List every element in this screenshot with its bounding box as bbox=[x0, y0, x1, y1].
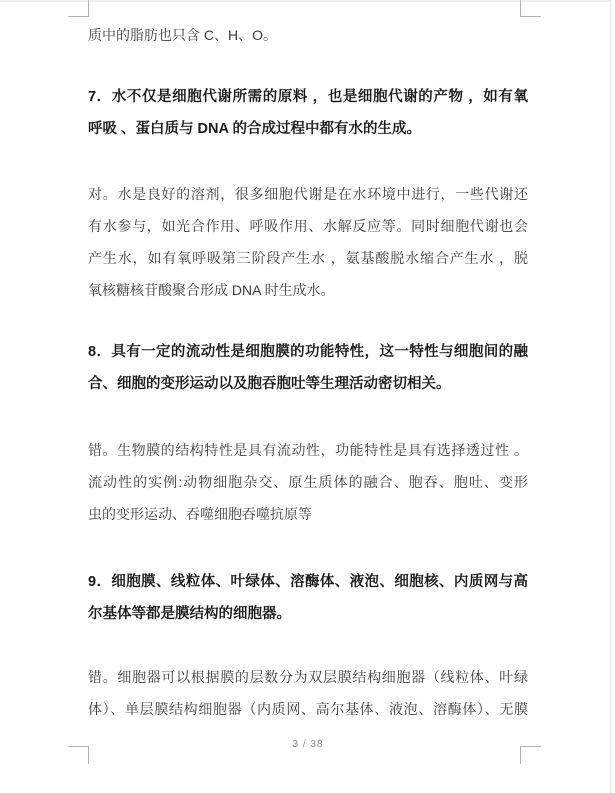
text-line: 产生水，如有氧呼吸第三阶段产生水 ，氨基酸脱水缩合产生水 ，脱 bbox=[88, 242, 528, 274]
text-line: 呼吸 、蛋白质与 DNA 的合成过程中都有水的生成。 bbox=[88, 113, 528, 145]
text-line: 质中的脂肪也只含 C、H、O。 bbox=[88, 19, 528, 51]
text-line: 9．细胞膜、线粒体、叶绿体、溶酶体、液泡、细胞核、内质网与高 bbox=[88, 566, 528, 598]
text-line: 8．具有一定的流动性是细胞膜的功能特性，这一特性与细胞间的融 bbox=[88, 336, 528, 368]
text-line: 对。水是良好的溶剂，很多细胞代谢是在水环境中进行，一些代谢还 bbox=[88, 178, 528, 210]
text-line: 虫的变形运动、吞噬细胞吞噬抗原等 bbox=[88, 498, 528, 530]
page-gap-strip bbox=[0, 0, 610, 2]
answer-8-paragraph: 错。生物膜的结构特性是具有流动性，功能特性是具有选择透过性 。 流动性的实例:动… bbox=[88, 434, 528, 530]
question-8-heading: 8．具有一定的流动性是细胞膜的功能特性，这一特性与细胞间的融 合、细胞的变形运动… bbox=[88, 336, 528, 400]
text-line: 合、细胞的变形运动以及胞吞胞吐等生理活动密切相关。 bbox=[88, 368, 528, 400]
question-7-heading: 7．水不仅是细胞代谢所需的原料 ，也是细胞代谢的产物 ，如有氧 呼吸 、蛋白质与… bbox=[88, 81, 528, 145]
text-line: 7．水不仅是细胞代谢所需的原料 ，也是细胞代谢的产物 ，如有氧 bbox=[88, 81, 528, 113]
page-right-edge bbox=[610, 0, 611, 793]
page-number-indicator: 3 / 38 bbox=[88, 738, 528, 752]
text-line: 错。生物膜的结构特性是具有流动性，功能特性是具有选择透过性 。 bbox=[88, 434, 528, 466]
text-line: 体）、单层膜结构细胞器（内质网、高尔基体、液泡、溶酶体）、无膜 bbox=[88, 693, 528, 725]
question-9-heading: 9．细胞膜、线粒体、叶绿体、溶酶体、液泡、细胞核、内质网与高 尔基体等都是膜结构… bbox=[88, 566, 528, 630]
text-line: 有水参与，如光合作用、呼吸作用、水解反应等。同时细胞代谢也会 bbox=[88, 210, 528, 242]
crop-mark-bottom-left bbox=[68, 746, 89, 764]
crop-mark-top-left bbox=[68, 0, 89, 17]
text-line: 尔基体等都是膜结构的细胞器。 bbox=[88, 598, 528, 630]
paragraph-continuation: 质中的脂肪也只含 C、H、O。 bbox=[88, 19, 528, 51]
crop-mark-top-right bbox=[520, 0, 541, 17]
text-line: 错。细胞器可以根据膜的层数分为双层膜结构细胞器（线粒体、叶绿 bbox=[88, 661, 528, 693]
document-page-surface[interactable]: 质中的脂肪也只含 C、H、O。 7．水不仅是细胞代谢所需的原料 ，也是细胞代谢的… bbox=[0, 0, 615, 793]
answer-9-paragraph: 错。细胞器可以根据膜的层数分为双层膜结构细胞器（线粒体、叶绿 体）、单层膜结构细… bbox=[88, 661, 528, 725]
text-line: 流动性的实例:动物细胞杂交、原生质体的融合、胞吞、胞吐、变形 bbox=[88, 466, 528, 498]
text-line: 氧核糖核苷酸聚合形成 DNA 时生成水。 bbox=[88, 274, 528, 306]
answer-7-paragraph: 对。水是良好的溶剂，很多细胞代谢是在水环境中进行，一些代谢还 有水参与，如光合作… bbox=[88, 178, 528, 306]
